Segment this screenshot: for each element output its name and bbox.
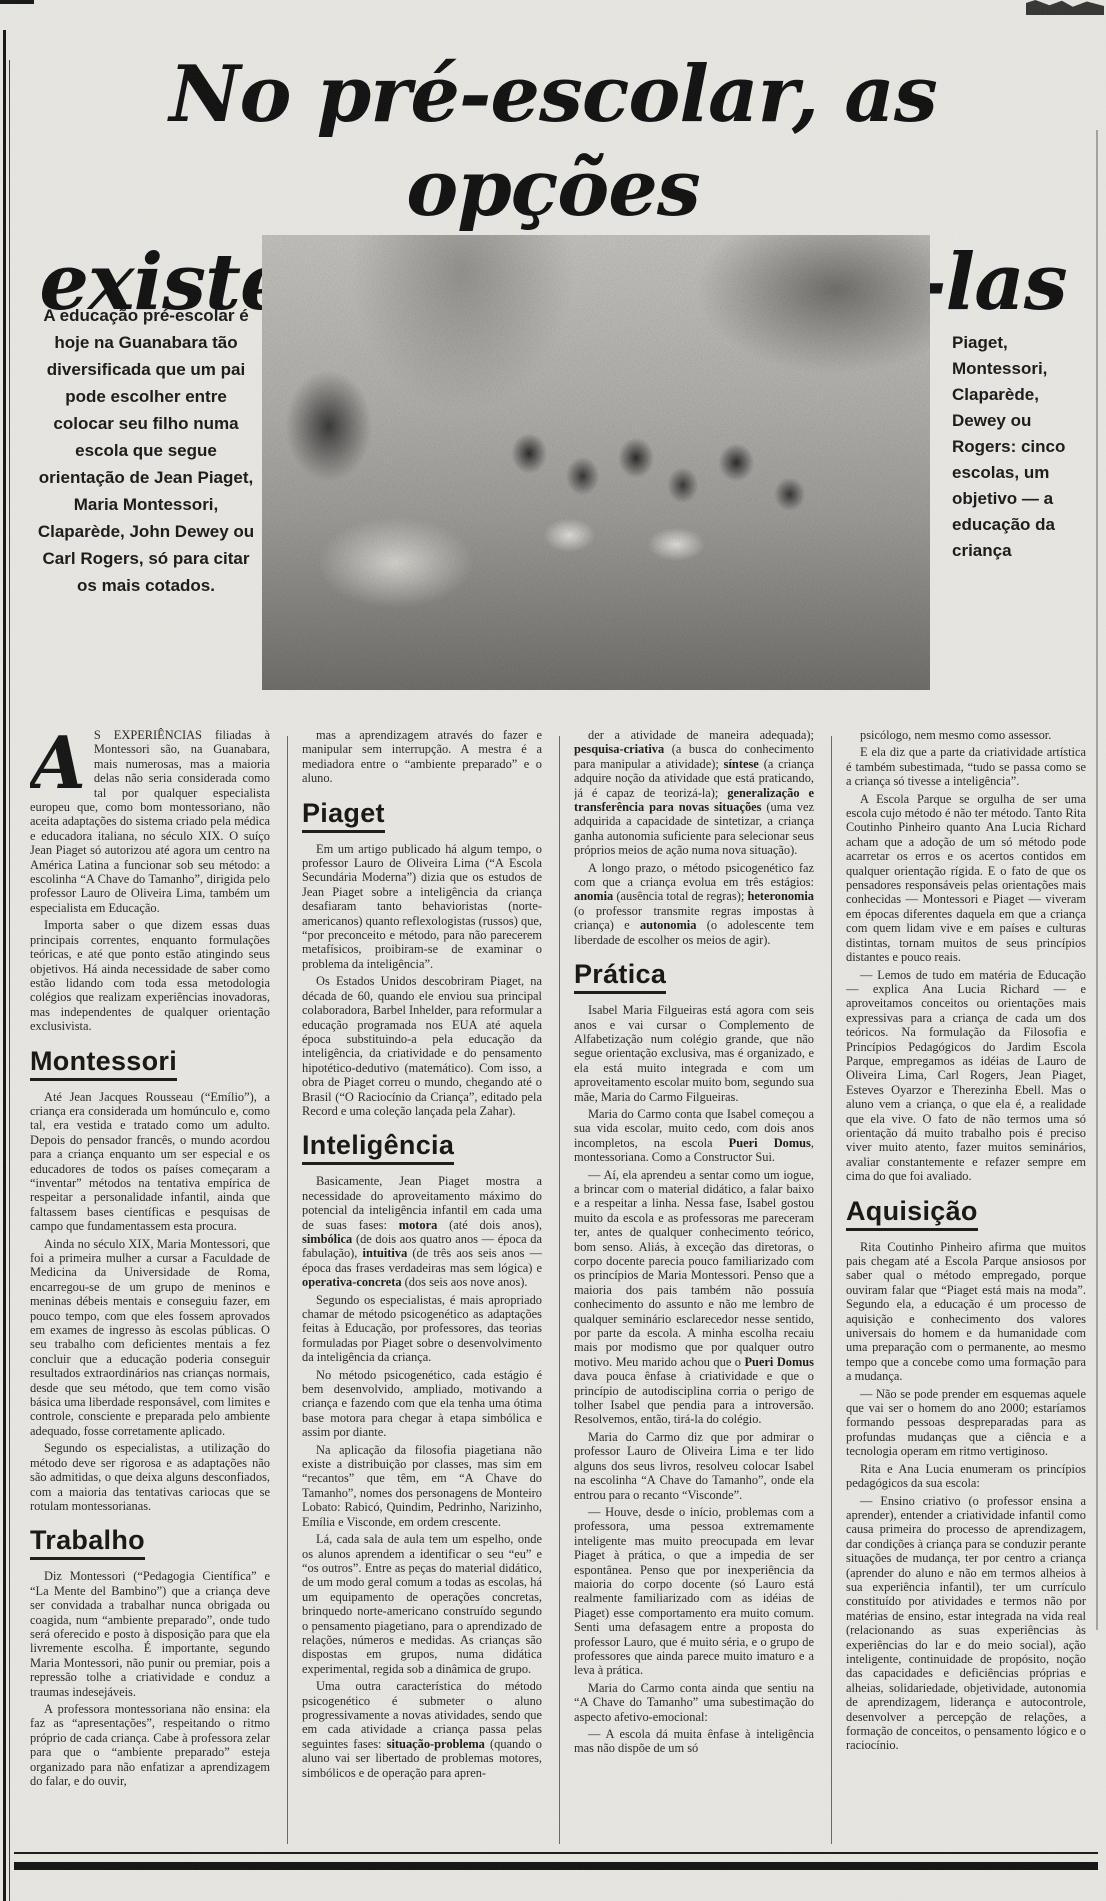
body-paragraph: Isabel Maria Filgueiras está agora com s…	[574, 1003, 814, 1104]
body-paragraph: — Aí, ela aprendeu a sentar como um iogu…	[574, 1168, 814, 1427]
body-paragraph: A professora montessoriana não ensina: e…	[30, 1702, 270, 1788]
body-paragraph: Rita Coutinho Pinheiro afirma que muitos…	[846, 1240, 1086, 1384]
body-paragraph: Maria do Carmo conta que Isabel começou …	[574, 1107, 814, 1165]
section-heading: Trabalho	[30, 1526, 145, 1560]
article-column-3: der a atividade de maneira adequada); pe…	[574, 728, 814, 1846]
body-paragraph: Diz Montessori (“Pedagogia Científica” e…	[30, 1569, 270, 1699]
body-paragraph: Maria do Carmo conta ainda que sentiu na…	[574, 1681, 814, 1724]
section-heading: Montessori	[30, 1047, 177, 1081]
body-paragraph: Ainda no século XIX, Maria Montessori, q…	[30, 1237, 270, 1439]
section-heading: Prática	[574, 960, 666, 994]
body-paragraph: A longo prazo, o método psicogenético fa…	[574, 861, 814, 947]
body-paragraph: Maria do Carmo diz que por admirar o pro…	[574, 1430, 814, 1502]
body-paragraph: mas a aprendizagem através do fazer e ma…	[302, 728, 542, 786]
body-paragraph: Até Jean Jacques Rousseau (“Emílio”), a …	[30, 1090, 270, 1234]
body-paragraph: Uma outra característica do método psico…	[302, 1679, 542, 1780]
body-paragraph: — Houve, desde o início, problemas com a…	[574, 1505, 814, 1678]
article-column-4: psicólogo, nem mesmo como assessor.E ela…	[846, 728, 1086, 1846]
body-paragraph: Basicamente, Jean Piaget mostra a necess…	[302, 1174, 542, 1289]
section-heading: Inteligência	[302, 1131, 454, 1165]
body-paragraph: psicólogo, nem mesmo como assessor.	[846, 728, 1086, 742]
page-right-border	[1096, 130, 1098, 1630]
body-paragraph: — Lemos de tudo em matéria de Educação —…	[846, 968, 1086, 1184]
section-heading: Aquisição	[846, 1197, 978, 1231]
photo-grain-texture	[262, 235, 930, 690]
article-column-1: AS EXPERIÊNCIAS filiadas à Montessori sã…	[30, 728, 270, 1846]
masthead-fragment	[1026, 0, 1104, 15]
photo-caption-right: Piaget, Montessori, Claparède, Dewey ou …	[952, 330, 1094, 564]
body-paragraph: Os Estados Unidos descobriram Piaget, na…	[302, 974, 542, 1118]
body-paragraph: No método psicogenético, cada estágio é …	[302, 1368, 542, 1440]
newspaper-page: No pré-escolar, as opções existem: resta…	[0, 0, 1106, 1901]
body-paragraph: Na aplicação da filosofia piagetiana não…	[302, 1443, 542, 1529]
section-heading: Piaget	[302, 799, 385, 833]
body-paragraph: Segundo os especialistas, a utilização d…	[30, 1441, 270, 1513]
body-paragraph: Lá, cada sala de aula tem um espelho, on…	[302, 1532, 542, 1676]
page-left-border	[3, 30, 6, 1901]
column-rule-3	[831, 736, 832, 1844]
page-left-border-inner	[9, 60, 10, 1901]
photo-caption-left: A educação pré-escolar é hoje na Guanaba…	[36, 302, 256, 599]
drop-cap: A	[30, 728, 94, 792]
article-column-2: mas a aprendizagem através do fazer e ma…	[302, 728, 542, 1846]
body-paragraph: — Não se pode prender em esquemas aquele…	[846, 1387, 1086, 1459]
body-paragraph: Em um artigo publicado há algum tempo, o…	[302, 842, 542, 972]
article-photo	[262, 235, 930, 690]
headline-line-1: No pré-escolar, as opções	[22, 48, 1084, 236]
body-paragraph: — Ensino criativo (o professor ensina a …	[846, 1494, 1086, 1753]
body-paragraph: E ela diz que a parte da criatividade ar…	[846, 745, 1086, 788]
bottom-rule-thin	[14, 1852, 1098, 1854]
column-rule-2	[559, 736, 560, 1844]
body-paragraph: — A escola dá muita ênfase à inteligênci…	[574, 1727, 814, 1756]
column-rule-1	[287, 736, 288, 1844]
body-paragraph: Importa saber o que dizem essas duas pri…	[30, 918, 270, 1033]
body-paragraph: Segundo os especialistas, é mais apropri…	[302, 1293, 542, 1365]
body-paragraph: A Escola Parque se orgulha de ser uma es…	[846, 792, 1086, 965]
body-paragraph: Rita e Ana Lucia enumeram os princípios …	[846, 1462, 1086, 1491]
lead-paragraph: AS EXPERIÊNCIAS filiadas à Montessori sã…	[30, 728, 270, 915]
body-paragraph: der a atividade de maneira adequada); pe…	[574, 728, 814, 858]
bottom-rule-thick	[14, 1862, 1098, 1870]
top-rule-fragment	[0, 0, 34, 4]
